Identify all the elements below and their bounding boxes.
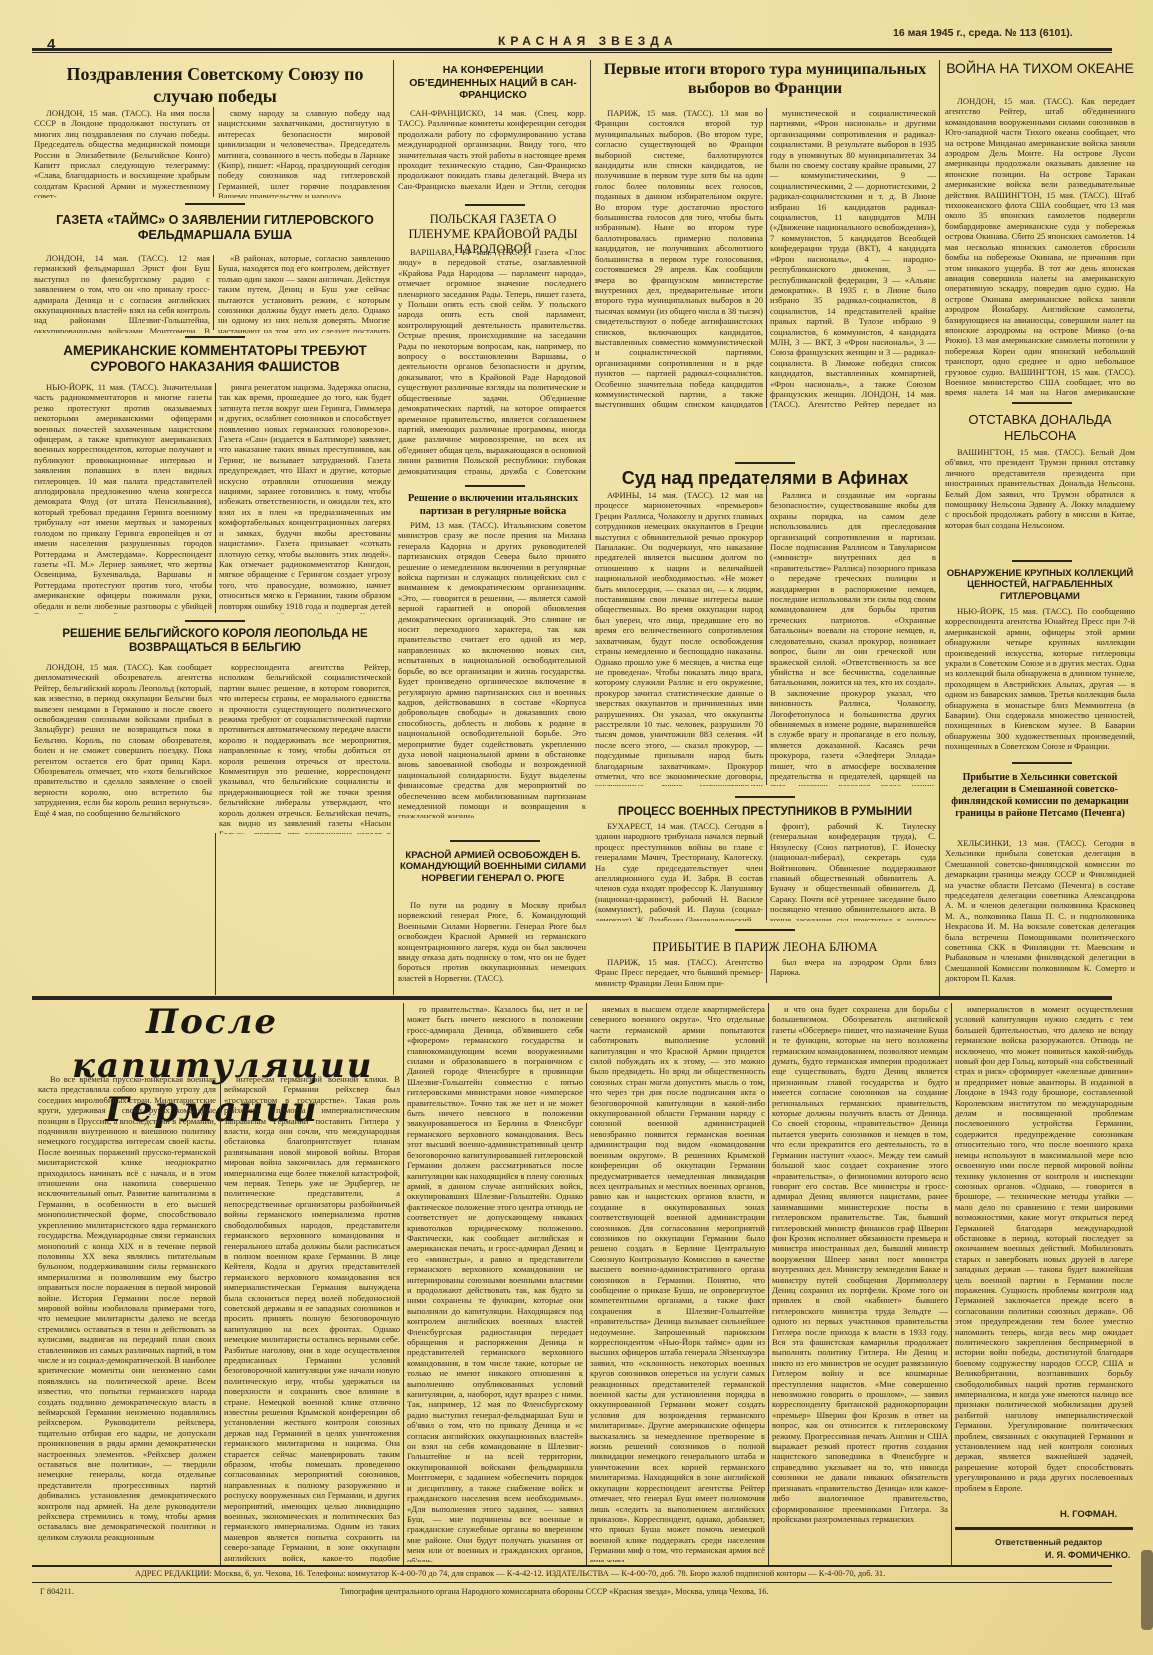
article-blum-col2: был вчера на аэродром Орли близ Парижа.	[770, 957, 936, 989]
separator	[1012, 560, 1072, 562]
article-un-conference: САН-ФРАНЦИСКО, 14 мая. (Спец. корр. ТАСС…	[398, 108, 586, 192]
separator	[465, 204, 525, 206]
editor-label: Ответственный редактор	[995, 1537, 1102, 1547]
headline-helsinki: Прибытие в Хельсинки советской делегации…	[945, 772, 1135, 820]
newspaper-page: 4 КРАСНАЯ ЗВЕЗДА 16 мая 1945 г., среда. …	[0, 0, 1153, 1655]
article-capitulation-col6: империалистов в момент осуществления усл…	[955, 1004, 1133, 1498]
separator	[450, 840, 540, 842]
article-french-col2: мунистической и социалистической партиям…	[770, 108, 936, 408]
column-divider	[213, 255, 214, 330]
article-capitulation-col5: и что она будет сохранена для борьбы с б…	[772, 1004, 948, 1562]
separator	[185, 203, 245, 205]
separator	[735, 462, 795, 464]
column-divider	[766, 485, 767, 785]
article-polish-plenum: ВАРШАВА, 14 мая. (ТАСС). Газета «Глос лю…	[398, 247, 586, 475]
issue-date: 16 мая 1945 г., среда. № 113 (6101).	[893, 27, 1073, 39]
article-italian-partisans: РИМ, 13 мая. (ТАСС). Итальянским советом…	[398, 520, 586, 818]
separator	[465, 485, 525, 487]
article-times-col2: «В районах, которые, согласно заявлению …	[218, 253, 390, 333]
column-divider	[393, 60, 394, 995]
article-romania-col2: фронт), рабочий К. Тиулеску (генеральная…	[770, 821, 936, 921]
article-congratulations-col2: скому народу за славную победу над нацис…	[218, 108, 390, 198]
headline-french-elections: Первые итоги второго тура муниципальных …	[595, 60, 935, 98]
article-congratulations-col1: ЛОНДОН, 15 мая. (ТАСС). На имя посла ССС…	[34, 108, 210, 198]
column-divider	[939, 60, 940, 1000]
column-divider	[220, 1075, 221, 1565]
article-american-col1: НЬЮ-ЙОРК, 11 мая. (ТАСС). Значительная ч…	[34, 382, 212, 614]
headline-romania-trial: ПРОЦЕСС ВОЕННЫХ ПРЕСТУПНИКОВ В РУМЫНИИ	[595, 806, 935, 820]
separator	[735, 796, 795, 798]
headline-nelson: ОТСТАВКА ДОНАЛЬДА НЕЛЬСОНА	[945, 412, 1135, 443]
article-capitulation-col2: интересам германской военной клики. В ве…	[224, 1074, 400, 1562]
headline-italian-partisans: Решение о включении итальянских партизан…	[398, 493, 588, 518]
headline-athens-trial: Суд над предателями в Афинах	[595, 468, 935, 490]
article-american-col2: ринга ренегатом нацизма. Задержка опасна…	[219, 382, 391, 614]
headline-blum: ПРИБЫТИЕ В ПАРИЖ ЛЕОНА БЛЮМА	[595, 940, 935, 955]
article-ruge: По пути на родину в Москву прибыл норвеж…	[398, 900, 586, 990]
masthead-rule	[32, 48, 1112, 51]
column-divider	[215, 833, 216, 995]
article-times-col1: ЛОНДОН, 14 мая. (ТАСС). 12 мая германски…	[34, 253, 210, 333]
headline-pacific-war: ВОЙНА НА ТИХОМ ОКЕАНЕ	[945, 60, 1135, 77]
article-belgian-col1: ЛОНДОН, 15 мая. (ТАСС). Как сообщает дип…	[34, 662, 212, 834]
author-signature: Н. ГОФМАН.	[1060, 1509, 1117, 1520]
article-french-col1: ПАРИЖ, 15 мая. (ТАСС). 13 мая во Франции…	[595, 108, 763, 408]
article-blum-col1: ПАРИЖ, 15 мая. (ТАСС). Агентство Франс П…	[595, 957, 763, 989]
column-divider	[766, 108, 767, 408]
headline-american-commentators: АМЕРИКАНСКИЕ КОММЕНТАТОРЫ ТРЕБУЮТ СУРОВО…	[40, 343, 390, 375]
headline-times-busch: ГАЗЕТА «ТАЙМС» О ЗАЯВЛЕНИИ ГИТЛЕРОВСКОГО…	[40, 213, 390, 243]
footer-code: Г 804211.	[40, 1587, 74, 1596]
column-divider	[590, 60, 591, 540]
separator	[735, 929, 795, 931]
headline-congratulations: Поздравления Советскому Союзу по случаю …	[40, 64, 390, 107]
editor-rule	[955, 1527, 1133, 1530]
editor-name: И. Я. ФОМИЧЕНКО.	[1045, 1550, 1130, 1560]
column-divider	[213, 107, 214, 197]
article-nelson: ВАШИНГТОН, 15 мая. (ТАСС). Белый Дом об'…	[945, 447, 1135, 529]
footer-address: АДРЕС РЕДАКЦИИ: Москва, 6, ул. Чехова, 1…	[135, 1569, 885, 1578]
column-divider	[586, 1003, 587, 1565]
column-divider	[766, 820, 767, 920]
article-capitulation-col1: Во все времена прусско-юнкерская военная…	[38, 1074, 216, 1562]
footer-rule	[32, 1565, 1112, 1567]
page-edge-damage	[1141, 1550, 1153, 1630]
article-belgian-col2: корреспондента агентства Рейтер, исполко…	[219, 662, 391, 834]
masthead-rule-thin	[32, 52, 1112, 53]
article-helsinki: ХЕЛЬСИНКИ, 13 мая. (ТАСС). Сегодня в Хел…	[945, 838, 1135, 986]
headline-ruge: КРАСНОЙ АРМИЕЙ ОСВОБОЖДЕН Б. КОМАНДУЮЩИЙ…	[398, 850, 588, 884]
headline-looted-art: ОБНАРУЖЕНИЕ КРУПНЫХ КОЛЛЕКЦИЙ ЦЕННОСТЕЙ,…	[945, 568, 1135, 602]
article-athens-col2: Раллиса и созданные им «органы безопасно…	[770, 490, 936, 786]
footer-rule-thin	[32, 1582, 1112, 1583]
article-romania-col1: БУХАРЕСТ, 14 мая. (ТАСС). Сегодня в здан…	[595, 821, 763, 921]
separator	[185, 620, 245, 622]
column-divider	[951, 1003, 952, 1565]
headline-belgian-king: РЕШЕНИЕ БЕЛЬГИЙСКОГО КОРОЛЯ ЛЕОПОЛЬДА НЕ…	[40, 628, 390, 656]
article-looted-art: НЬЮ-ЙОРК, 15 мая. (ТАСС). По сообщению к…	[945, 606, 1135, 756]
column-divider	[768, 1003, 769, 1565]
separator	[1012, 402, 1072, 404]
article-athens-col1: АФИНЫ, 14 мая. (ТАСС). 12 мая на процесс…	[595, 490, 763, 786]
article-capitulation-col4: няемых в высшем отделе квартирмейстера с…	[590, 1004, 765, 1562]
headline-un-conference: НА КОНФЕРЕНЦИИ ОБ'ЕДИНЕННЫХ НАЦИЙ В САН-…	[398, 64, 588, 102]
footer-printer: Типография центрального органа Народного…	[340, 1587, 769, 1596]
column-divider	[403, 1003, 404, 1565]
separator	[1012, 762, 1072, 764]
article-pacific-war: ЛОНДОН, 15 мая. (ТАСС). Как передает аге…	[945, 96, 1135, 396]
column-divider	[215, 383, 216, 613]
newspaper-title: КРАСНАЯ ЗВЕЗДА	[498, 34, 678, 48]
article-capitulation-col3: го правительства». Казалось бы, нет и не…	[407, 1004, 583, 1562]
separator	[185, 336, 245, 338]
